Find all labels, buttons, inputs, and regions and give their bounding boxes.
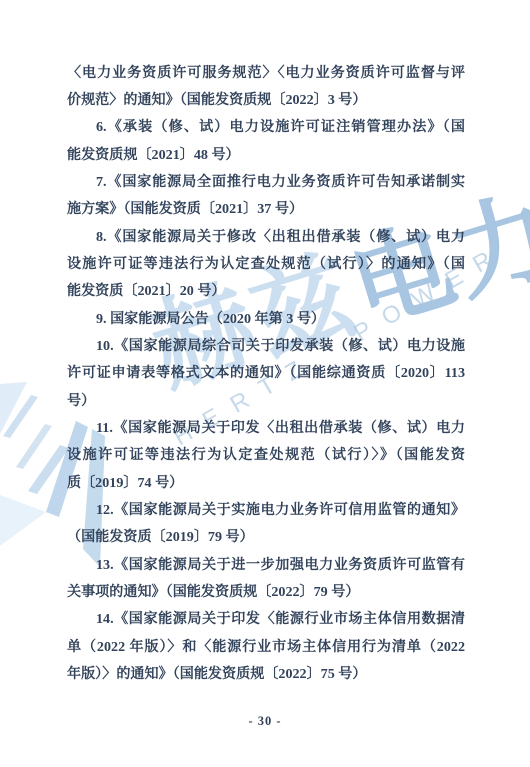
doc-line: 能发资质〔2021〕20 号） [67, 278, 465, 305]
doc-line: 单（2022 年版）〉和〈能源行业市场主体信用行为清单（2022 [67, 634, 465, 661]
doc-line: 能发资质规〔2021〕48 号） [67, 142, 465, 169]
doc-line: 12.《国家能源局关于实施电力业务许可信用监管的通知》 [67, 497, 465, 524]
doc-line: 关事项的通知》（国能发资质规〔2022〕79 号） [67, 579, 465, 606]
doc-line: 6.《承装（修、试）电力设施许可证注销管理办法》（国 [67, 114, 465, 141]
doc-line: 设施许可证等违法行为认定查处规范（试行）〉的通知》（国 [67, 251, 465, 278]
document-page: 赫兹电力 HERTZ POWER 〈电力业务资质许可服务规范〉〈电力业务资质许可… [0, 0, 530, 767]
doc-line: 年版）〉的通知》（国能发资质规〔2022〕75 号） [67, 661, 465, 688]
doc-line: 11.《国家能源局关于印发〈出租出借承装（修、试）电力 [67, 415, 465, 442]
doc-line: 10.《国家能源局综合司关于印发承装（修、试）电力设施 [67, 333, 465, 360]
doc-line: 〈电力业务资质许可服务规范〉〈电力业务资质许可监督与评 [67, 60, 465, 87]
doc-line: （国能发资质〔2019〕79 号） [67, 524, 465, 551]
doc-line: 施方案》（国能发资质〔2021〕37 号） [67, 196, 465, 223]
page-number: - 30 - [0, 714, 530, 729]
doc-line: 设施许可证等违法行为认定查处规范（试行）〉》（国能发资 [67, 442, 465, 469]
doc-line: 价规范〉的通知》（国能发资质规〔2022〕3 号） [67, 87, 465, 114]
doc-line: 13.《国家能源局关于进一步加强电力业务资质许可监管有 [67, 552, 465, 579]
doc-line: 8.《国家能源局关于修改〈出租出借承装（修、试）电力 [67, 224, 465, 251]
doc-line: 9. 国家能源局公告（2020 年第 3 号） [67, 306, 465, 333]
doc-line: 许可证申请表等格式文本的通知》（国能综通资质〔2020〕113 [67, 360, 465, 387]
document-body: 〈电力业务资质许可服务规范〉〈电力业务资质许可监督与评价规范〉的通知》（国能发资… [67, 60, 465, 689]
doc-line: 14.《国家能源局关于印发〈能源行业市场主体信用数据清 [67, 606, 465, 633]
doc-line: 7.《国家能源局全面推行电力业务资质许可告知承诺制实 [67, 169, 465, 196]
doc-line: 质〔2019〕74 号） [67, 470, 465, 497]
doc-line: 号） [67, 388, 465, 415]
